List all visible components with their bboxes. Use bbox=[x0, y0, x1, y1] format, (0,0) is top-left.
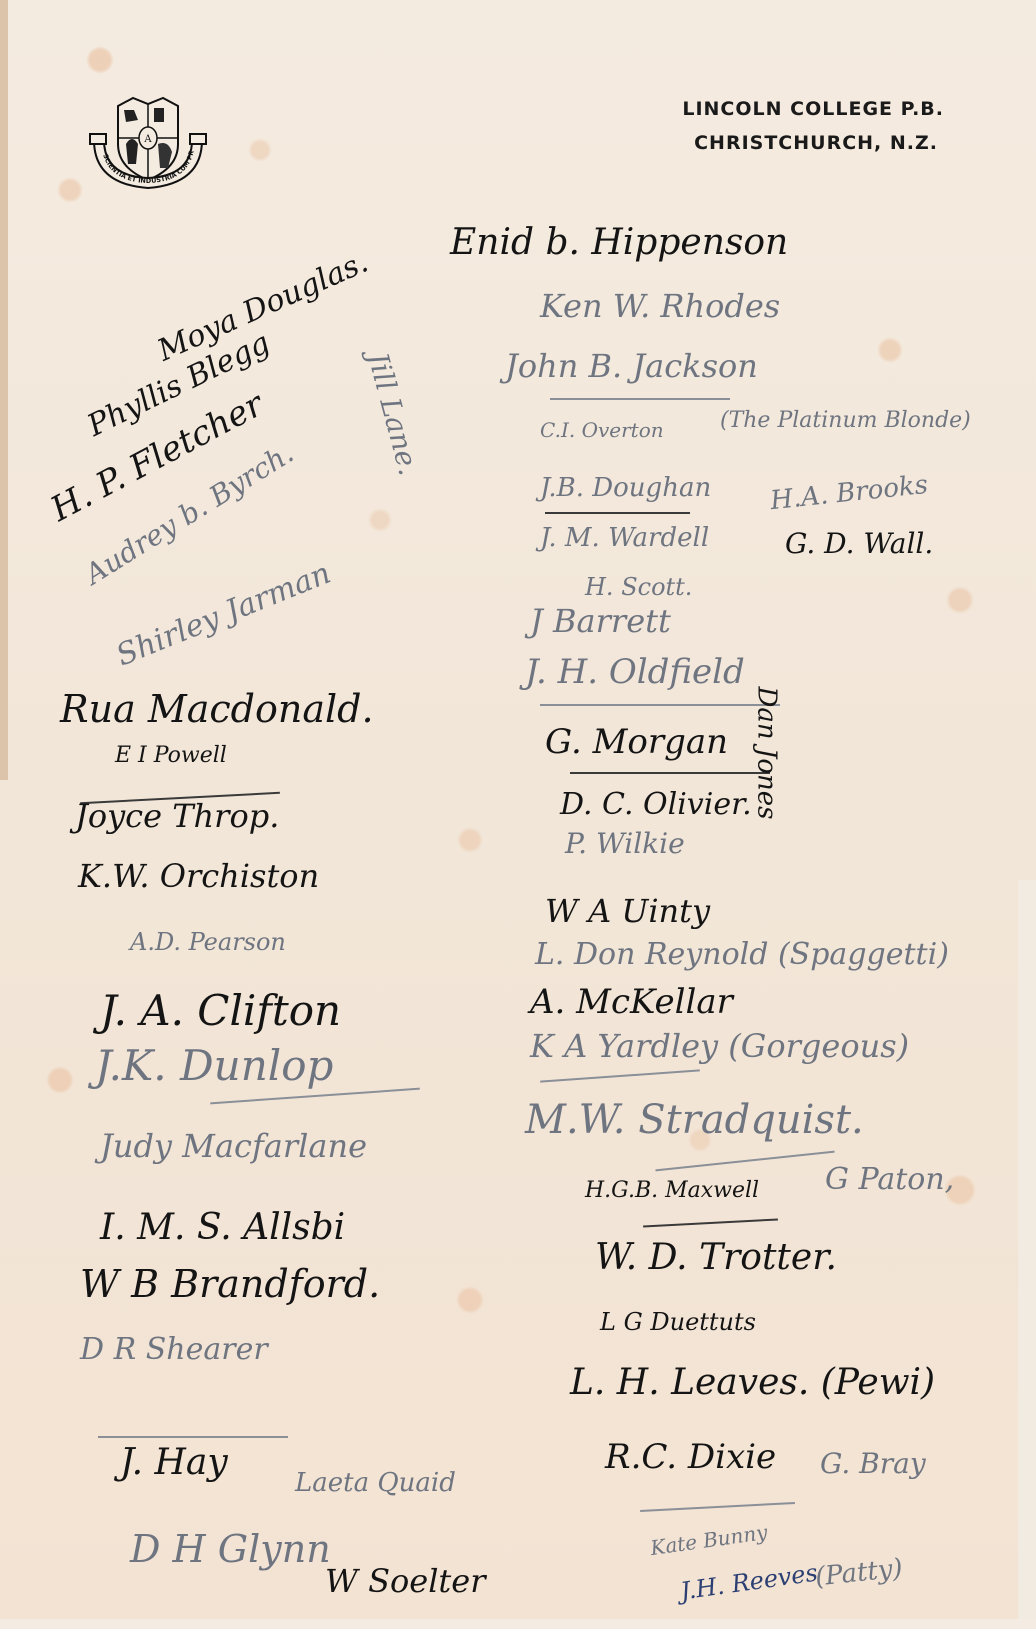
signature: A. McKellar bbox=[530, 985, 733, 1019]
underline bbox=[98, 1436, 288, 1438]
signature: J.B. Doughan bbox=[540, 475, 711, 501]
signature: L G Duettuts bbox=[600, 1310, 756, 1334]
signature: H. Scott. bbox=[585, 575, 692, 599]
signature: W. D. Trotter. bbox=[595, 1240, 837, 1276]
letterhead: LINCOLN COLLEGE P.B. CHRISTCHURCH, N.Z. bbox=[682, 98, 944, 154]
signature: A.D. Pearson bbox=[130, 930, 286, 954]
signature: Ken W. Rhodes bbox=[540, 290, 780, 322]
signature-vertical: Dan Jones bbox=[753, 687, 779, 820]
signature: (The Platinum Blonde) bbox=[720, 410, 971, 432]
signature: L. H. Leaves. (Pewi) bbox=[570, 1365, 935, 1401]
signature: G. Bray bbox=[820, 1450, 926, 1478]
letterhead-institution: LINCOLN COLLEGE P.B. bbox=[682, 98, 944, 120]
signature: Judy Macfarlane bbox=[100, 1130, 367, 1162]
signature: W B Brandford. bbox=[80, 1265, 380, 1303]
signature: Laeta Quaid bbox=[295, 1470, 456, 1496]
signature: J Barrett bbox=[530, 605, 671, 637]
signature: K.W. Orchiston bbox=[78, 860, 319, 892]
letterhead-city: CHRISTCHURCH, N.Z. bbox=[682, 132, 938, 154]
signature: J. H. Oldfield bbox=[525, 655, 745, 689]
signature: P. Wilkie bbox=[565, 830, 685, 858]
college-crest-icon: A SCIENTIA ET INDUSTRIA CUM PROBITATE bbox=[88, 88, 208, 192]
svg-text:A: A bbox=[143, 134, 152, 145]
signature: D R Shearer bbox=[80, 1335, 268, 1365]
underline bbox=[570, 772, 770, 774]
signature: W Soelter bbox=[325, 1565, 486, 1597]
signature: J. M. Wardell bbox=[540, 525, 709, 551]
signature: Joyce Throp. bbox=[75, 800, 279, 832]
underline bbox=[550, 398, 730, 400]
page-edge-paper bbox=[1018, 880, 1036, 1629]
signature: L. Don Reynold (Spaggetti) bbox=[535, 940, 949, 970]
signature: G Paton, bbox=[825, 1165, 954, 1195]
signature: M.W. Stradquist. bbox=[525, 1100, 864, 1140]
signature: J. A. Clifton bbox=[100, 990, 341, 1032]
signature: G. D. Wall. bbox=[785, 530, 933, 558]
signature: Rua Macdonald. bbox=[60, 690, 374, 728]
signature: D. C. Olivier. bbox=[560, 790, 752, 820]
signature: Enid b. Hippenson bbox=[450, 225, 788, 261]
signature: J.K. Dunlop bbox=[95, 1045, 333, 1087]
signature: E I Powell bbox=[115, 745, 227, 767]
underline bbox=[540, 704, 780, 706]
signature: C.I. Overton bbox=[540, 420, 664, 440]
signature: R.C. Dixie bbox=[605, 1440, 776, 1474]
signature: D H Glynn bbox=[130, 1530, 331, 1568]
signature: W A Uinty bbox=[545, 895, 710, 927]
signature: H.G.B. Maxwell bbox=[585, 1180, 759, 1202]
signature: K A Yardley (Gorgeous) bbox=[530, 1030, 909, 1062]
signature: G. Morgan bbox=[545, 725, 728, 759]
page-edge-paper bbox=[0, 1619, 1036, 1629]
signature: J. Hay bbox=[120, 1445, 228, 1481]
signature: I. M. S. Allsbi bbox=[100, 1210, 345, 1246]
underline bbox=[545, 512, 690, 514]
page-edge-shadow bbox=[0, 0, 8, 780]
signature: John B. Jackson bbox=[505, 350, 758, 382]
